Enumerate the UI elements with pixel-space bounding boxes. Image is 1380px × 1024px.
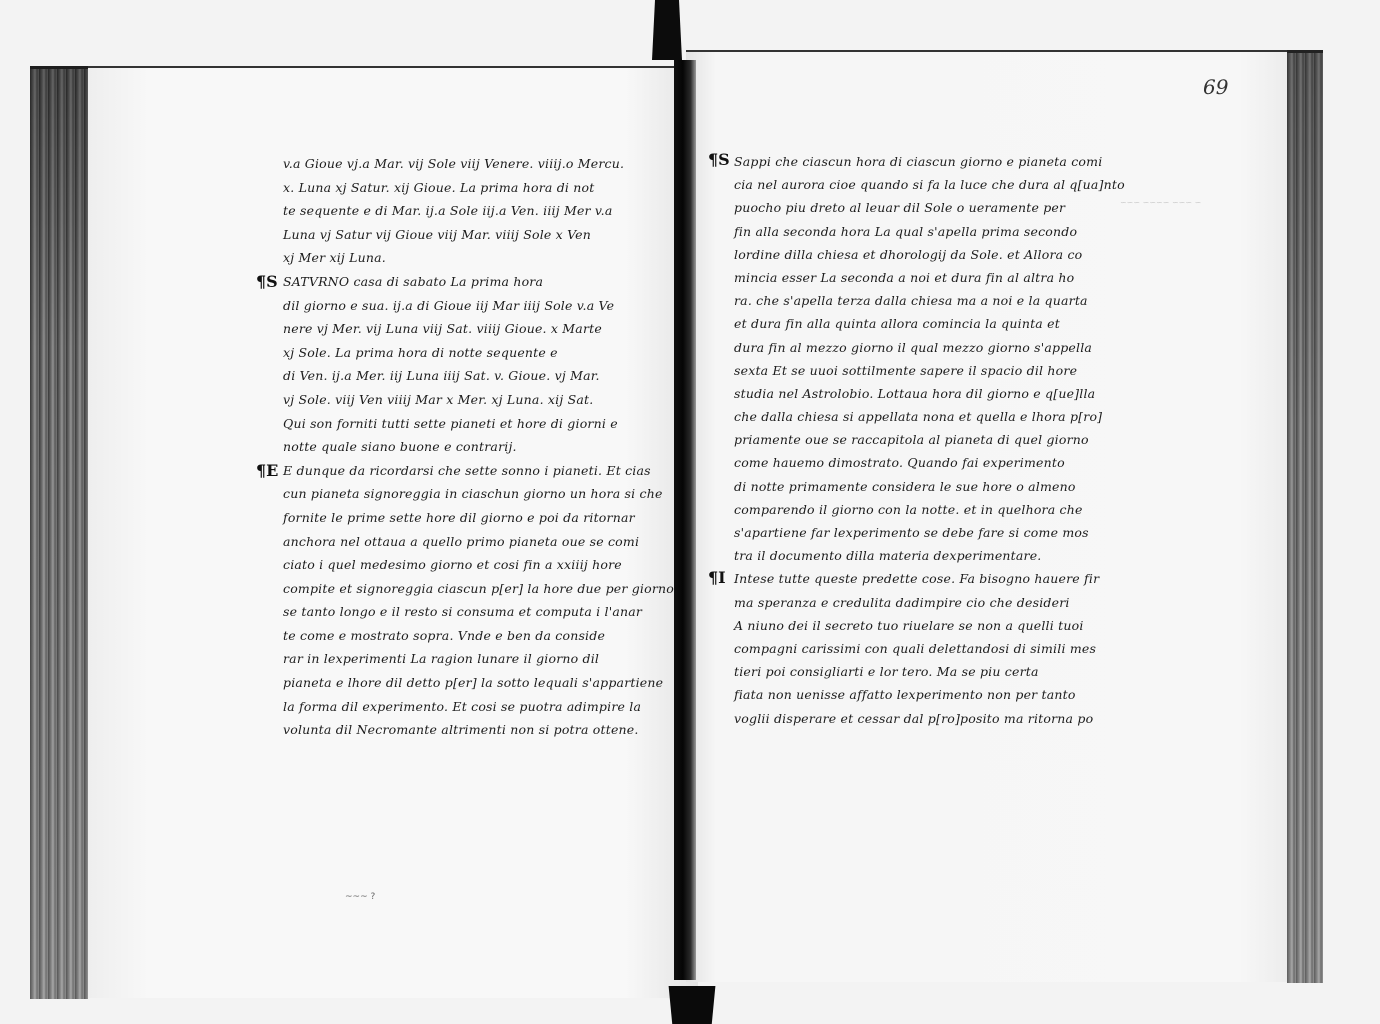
text-line: te sequente e di Mar. ij.a Sole iij.a Ve… (283, 199, 683, 223)
text-line: mincia esser La seconda a noi et dura fi… (734, 266, 1124, 289)
paragraph-mark-icon: ¶S (708, 150, 730, 169)
text-line: Qui son forniti tutti sette pianeti et h… (283, 412, 683, 436)
text-line: voglii disperare et cessar dal p[ro]posi… (734, 707, 1124, 730)
text-line: Intese tutte queste predette cose. Fa bi… (734, 567, 1124, 590)
right-page-edges (1287, 50, 1323, 983)
text-line: fin alla seconda hora La qual s'apella p… (734, 220, 1124, 243)
text-line: volunta dil Necromante altrimenti non si… (283, 718, 683, 742)
text-line: xj Sole. La prima hora di notte sequente… (283, 341, 683, 365)
text-line: SATVRNO casa di sabato La prima hora (283, 270, 683, 294)
text-line: x. Luna xj Satur. xij Gioue. La prima ho… (283, 176, 683, 200)
paragraph-mark-icon: ¶I (708, 568, 726, 587)
left-page-text: v.a Gioue vj.a Mar. vij Sole viij Venere… (283, 152, 683, 742)
text-line: di notte primamente considera le sue hor… (734, 475, 1124, 498)
text-line: sexta Et se uuoi sottilmente sapere il s… (734, 359, 1124, 382)
text-line: Luna vj Satur vij Gioue viij Mar. viiij … (283, 223, 683, 247)
text-line: vj Sole. viij Ven viiij Mar x Mer. xj Lu… (283, 388, 683, 412)
bookmark-ribbon-bottom (666, 986, 718, 1024)
text-line: dura fin al mezzo giorno il qual mezzo g… (734, 336, 1124, 359)
text-line: pianeta e lhore dil detto p[er] la sotto… (283, 671, 683, 695)
catchmark: ~~~ ? (345, 892, 375, 902)
text-line: fiata non uenisse affatto lexperimento n… (734, 683, 1124, 706)
text-line: A niuno dei il secreto tuo riuelare se n… (734, 614, 1124, 637)
text-line: rar in lexperimenti La ragion lunare il … (283, 647, 683, 671)
text-line: che dalla chiesa si appellata nona et qu… (734, 405, 1124, 428)
text-line: compagni carissimi con quali delettandos… (734, 637, 1124, 660)
text-line: E dunque da ricordarsi che sette sonno i… (283, 459, 683, 483)
text-line: la forma dil experimento. Et cosi se puo… (283, 695, 683, 719)
text-line: ma speranza e credulita dadimpire cio ch… (734, 591, 1124, 614)
text-line: come hauemo dimostrato. Quando fai exper… (734, 451, 1124, 474)
right-page-text: Sappi che ciascun hora di ciascun giorno… (734, 150, 1124, 730)
text-line: ciato i quel medesimo giorno et cosi fin… (283, 553, 683, 577)
text-line: se tanto longo e il resto si consuma et … (283, 600, 683, 624)
text-line: s'apartiene far lexperimento se debe far… (734, 521, 1124, 544)
bleed-through-text: ~ ~~~ ~~~~ ~~~ (1120, 198, 1201, 207)
text-line: dil giorno e sua. ij.a di Gioue iij Mar … (283, 294, 683, 318)
text-line: cun pianeta signoreggia in ciaschun gior… (283, 482, 683, 506)
text-line: et dura fin alla quinta allora comincia … (734, 312, 1124, 335)
text-line: lordine dilla chiesa et dhorologij da So… (734, 243, 1124, 266)
text-line: cia nel aurora cioe quando si fa la luce… (734, 173, 1124, 196)
text-line: studia nel Astrolobio. Lottaua hora dil … (734, 382, 1124, 405)
text-line: comparendo il giorno con la notte. et in… (734, 498, 1124, 521)
text-line: fornite le prime sette hore dil giorno e… (283, 506, 683, 530)
folio-number: 69 (1203, 75, 1228, 99)
text-line: priamente oue se raccapitola al pianeta … (734, 428, 1124, 451)
book-scene: 69 ~ ~~~ ~~~~ ~~~ v.a Gioue vj.a Mar. vi… (0, 0, 1380, 1024)
text-line: tieri poi consigliarti e lor tero. Ma se… (734, 660, 1124, 683)
text-line: v.a Gioue vj.a Mar. vij Sole viij Venere… (283, 152, 683, 176)
text-line: ra. che s'apella terza dalla chiesa ma a… (734, 289, 1124, 312)
text-line: di Ven. ij.a Mer. iij Luna iiij Sat. v. … (283, 364, 683, 388)
text-line: tra il documento dilla materia dexperime… (734, 544, 1124, 567)
left-page-edges (30, 66, 88, 999)
text-line: te come e mostrato sopra. Vnde e ben da … (283, 624, 683, 648)
text-line: nere vj Mer. vij Luna viij Sat. viiij Gi… (283, 317, 683, 341)
text-line: notte quale siano buone e contrarij. (283, 435, 683, 459)
text-line: xj Mer xij Luna. (283, 246, 683, 270)
text-line: Sappi che ciascun hora di ciascun giorno… (734, 150, 1124, 173)
text-line: compite et signoreggia ciascun p[er] la … (283, 577, 683, 601)
text-line: anchora nel ottaua a quello primo pianet… (283, 530, 683, 554)
paragraph-mark-icon: ¶S (256, 272, 278, 291)
paragraph-mark-icon: ¶E (256, 461, 278, 480)
bookmark-ribbon-top (652, 0, 682, 60)
text-line: puocho piu dreto al leuar dil Sole o uer… (734, 196, 1124, 219)
